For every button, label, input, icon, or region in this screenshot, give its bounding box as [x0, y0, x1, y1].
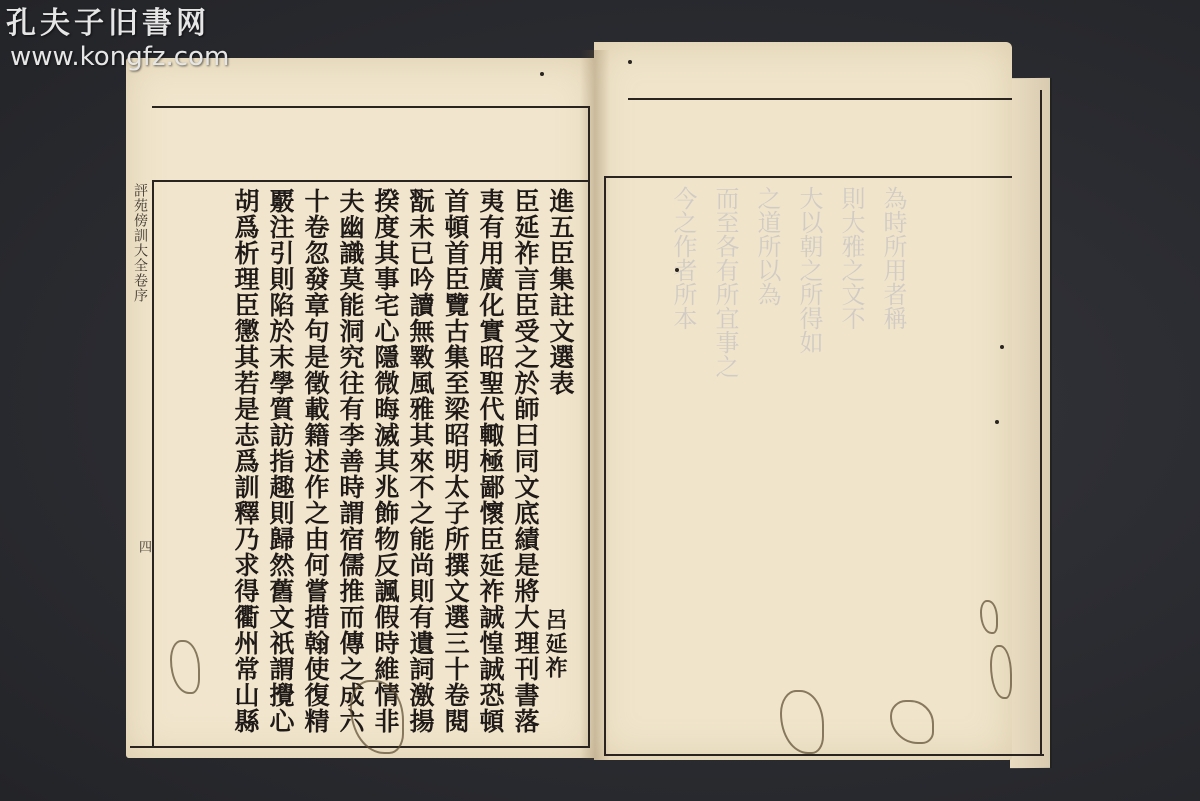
left-page-text: 進五臣集註文選表 臣延祚言臣受之於師曰同文底績是將大理刊書落 夷有用廣化實昭聖代… [158, 188, 578, 744]
right-bottom-rule [604, 754, 1044, 756]
author-name: 呂延祚 [540, 608, 571, 680]
bleed-through-text: 為時所用者稱 則大雅之文不 大以朝之所得如 之道所以為 而至各有所宜事之 今之作… [612, 186, 912, 746]
left-bottom-rule [130, 746, 588, 748]
fold-margin-rule [152, 180, 154, 746]
ink-spot [675, 268, 679, 272]
ink-spot [628, 60, 632, 64]
text-column: 覈注引則陷於末學質訪指趣則歸然舊文祇謂攪心 [263, 188, 298, 744]
right-head-rule [606, 176, 1012, 178]
watermark: 孔夫子旧書网 www.kongfz.com [6, 6, 229, 72]
watermark-name: 孔夫子旧書网 [6, 6, 229, 42]
ghost-column: 為時所用者稱 [874, 186, 912, 726]
right-top-rule [628, 98, 1012, 100]
text-column: 首頓首臣覽古集至梁昭明太子所撰文選三十卷閱 [438, 188, 473, 744]
fold-margin-title: 評苑傍訓大全卷序 [132, 183, 150, 303]
ghost-column: 而至各有所宜事之 [706, 186, 744, 726]
ghost-column: 今之作者所本 [664, 186, 702, 726]
right-left-rule [604, 176, 606, 756]
text-column: 揆度其事宅心隱微晦滅其兆飾物反諷假時維情非 [368, 188, 403, 744]
ghost-column: 則大雅之文不 [832, 186, 870, 726]
ghost-column: 之道所以為 [748, 186, 786, 726]
ink-spot [995, 420, 999, 424]
fold-margin-folio: 四 [134, 540, 153, 553]
left-head-rule [152, 180, 588, 182]
watermark-url: www.kongfz.com [10, 42, 229, 72]
text-column: 夫幽識莫能洞究往有李善時謂宿儒推而傳之成六 [333, 188, 368, 744]
text-column: 翫未已吟讀無斁風雅其來不之能尚則有遺詞激揚 [403, 188, 438, 744]
ink-spot [1000, 345, 1004, 349]
text-column: 臣延祚言臣受之於師曰同文底績是將大理刊書落 [508, 188, 543, 744]
ghost-column: 大以朝之所得如 [790, 186, 828, 726]
underlying-pages [1010, 78, 1052, 768]
text-column: 十卷忽發章句是徵載籍述作之由何嘗措翰使復精 [298, 188, 333, 744]
right-edge-rule [1040, 90, 1042, 754]
ink-spot [540, 72, 544, 76]
text-column: 夷有用廣化實昭聖代輙極鄙懷臣延祚誠惶誠恐頓 [473, 188, 508, 744]
text-column: 胡爲析理臣懲其若是志爲訓釋乃求得衢州常山縣 [228, 188, 263, 744]
